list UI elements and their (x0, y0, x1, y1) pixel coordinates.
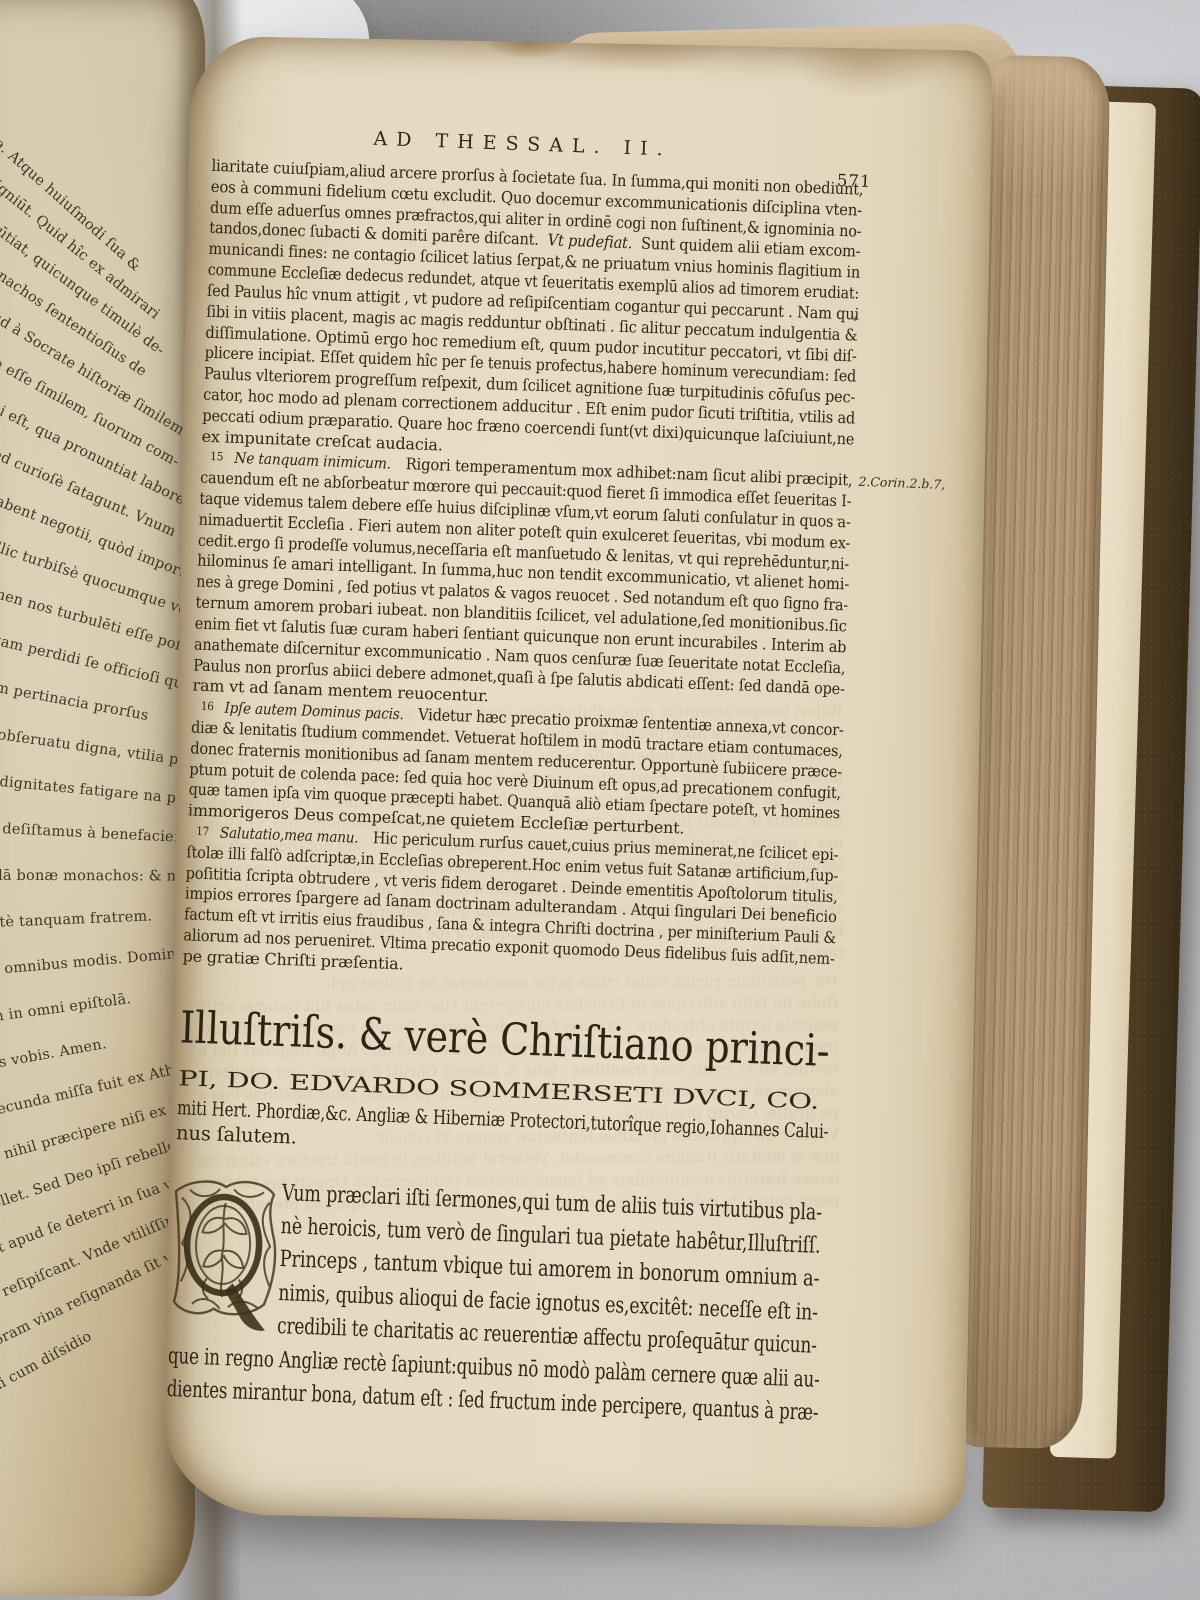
left-text-fragment: digam. Sententia obſeruatu digna, vtilia… (0, 708, 206, 774)
ink-speck (837, 518, 839, 521)
commentary-paragraph: 15Ne tanquam inimicum.Rigori temperament… (192, 447, 853, 720)
right-page: Rigori temperamentum mox adhibet:nam ſic… (163, 35, 993, 1528)
left-text-fragment: ternia, aliàſque indignitates fatigare n… (0, 761, 206, 813)
left-text-fragment: quæ poſſet ſignum in omni epiſtolā. (0, 991, 132, 1042)
commentary-block: liaritate cuiuſpiam,aliud arcere prorſus… (182, 156, 863, 991)
margin-note: 2.Corin.2.b.7, (858, 472, 946, 496)
ink-speck (854, 316, 857, 321)
paragraph-number: 16 (201, 699, 214, 713)
left-text-fragment: Nam debilitate animi cum diſsidio (0, 1328, 94, 1464)
left-text-fragment: pacis, ſed inhoneſtè tanquam fratrem. (0, 908, 153, 936)
paragraph-number: 15 (210, 449, 224, 463)
dedication-body: Q Vum præclari iſti ſermones,qui tum de … (166, 1173, 826, 1430)
woodcut-initial-q: Q (165, 1177, 283, 1345)
commentary-paragraph: liaritate cuiuſpiam,aliud arcere prorſus… (201, 156, 863, 471)
paragraph-number: 17 (196, 824, 209, 838)
dedication-heading: Illuſtriſs. & verè Chriſtiano princi- PI… (176, 1001, 833, 1169)
commentary-paragraph: 17Salutatio,mea manu.Hic periculum rurſu… (182, 821, 839, 990)
printed-text-area: AD THESSAL. II. 571 liaritate cuiuſpiam,… (166, 122, 865, 1430)
commentary-paragraph: 16Ipſe autem Dominus pacis.Videtur hæc p… (188, 697, 844, 846)
